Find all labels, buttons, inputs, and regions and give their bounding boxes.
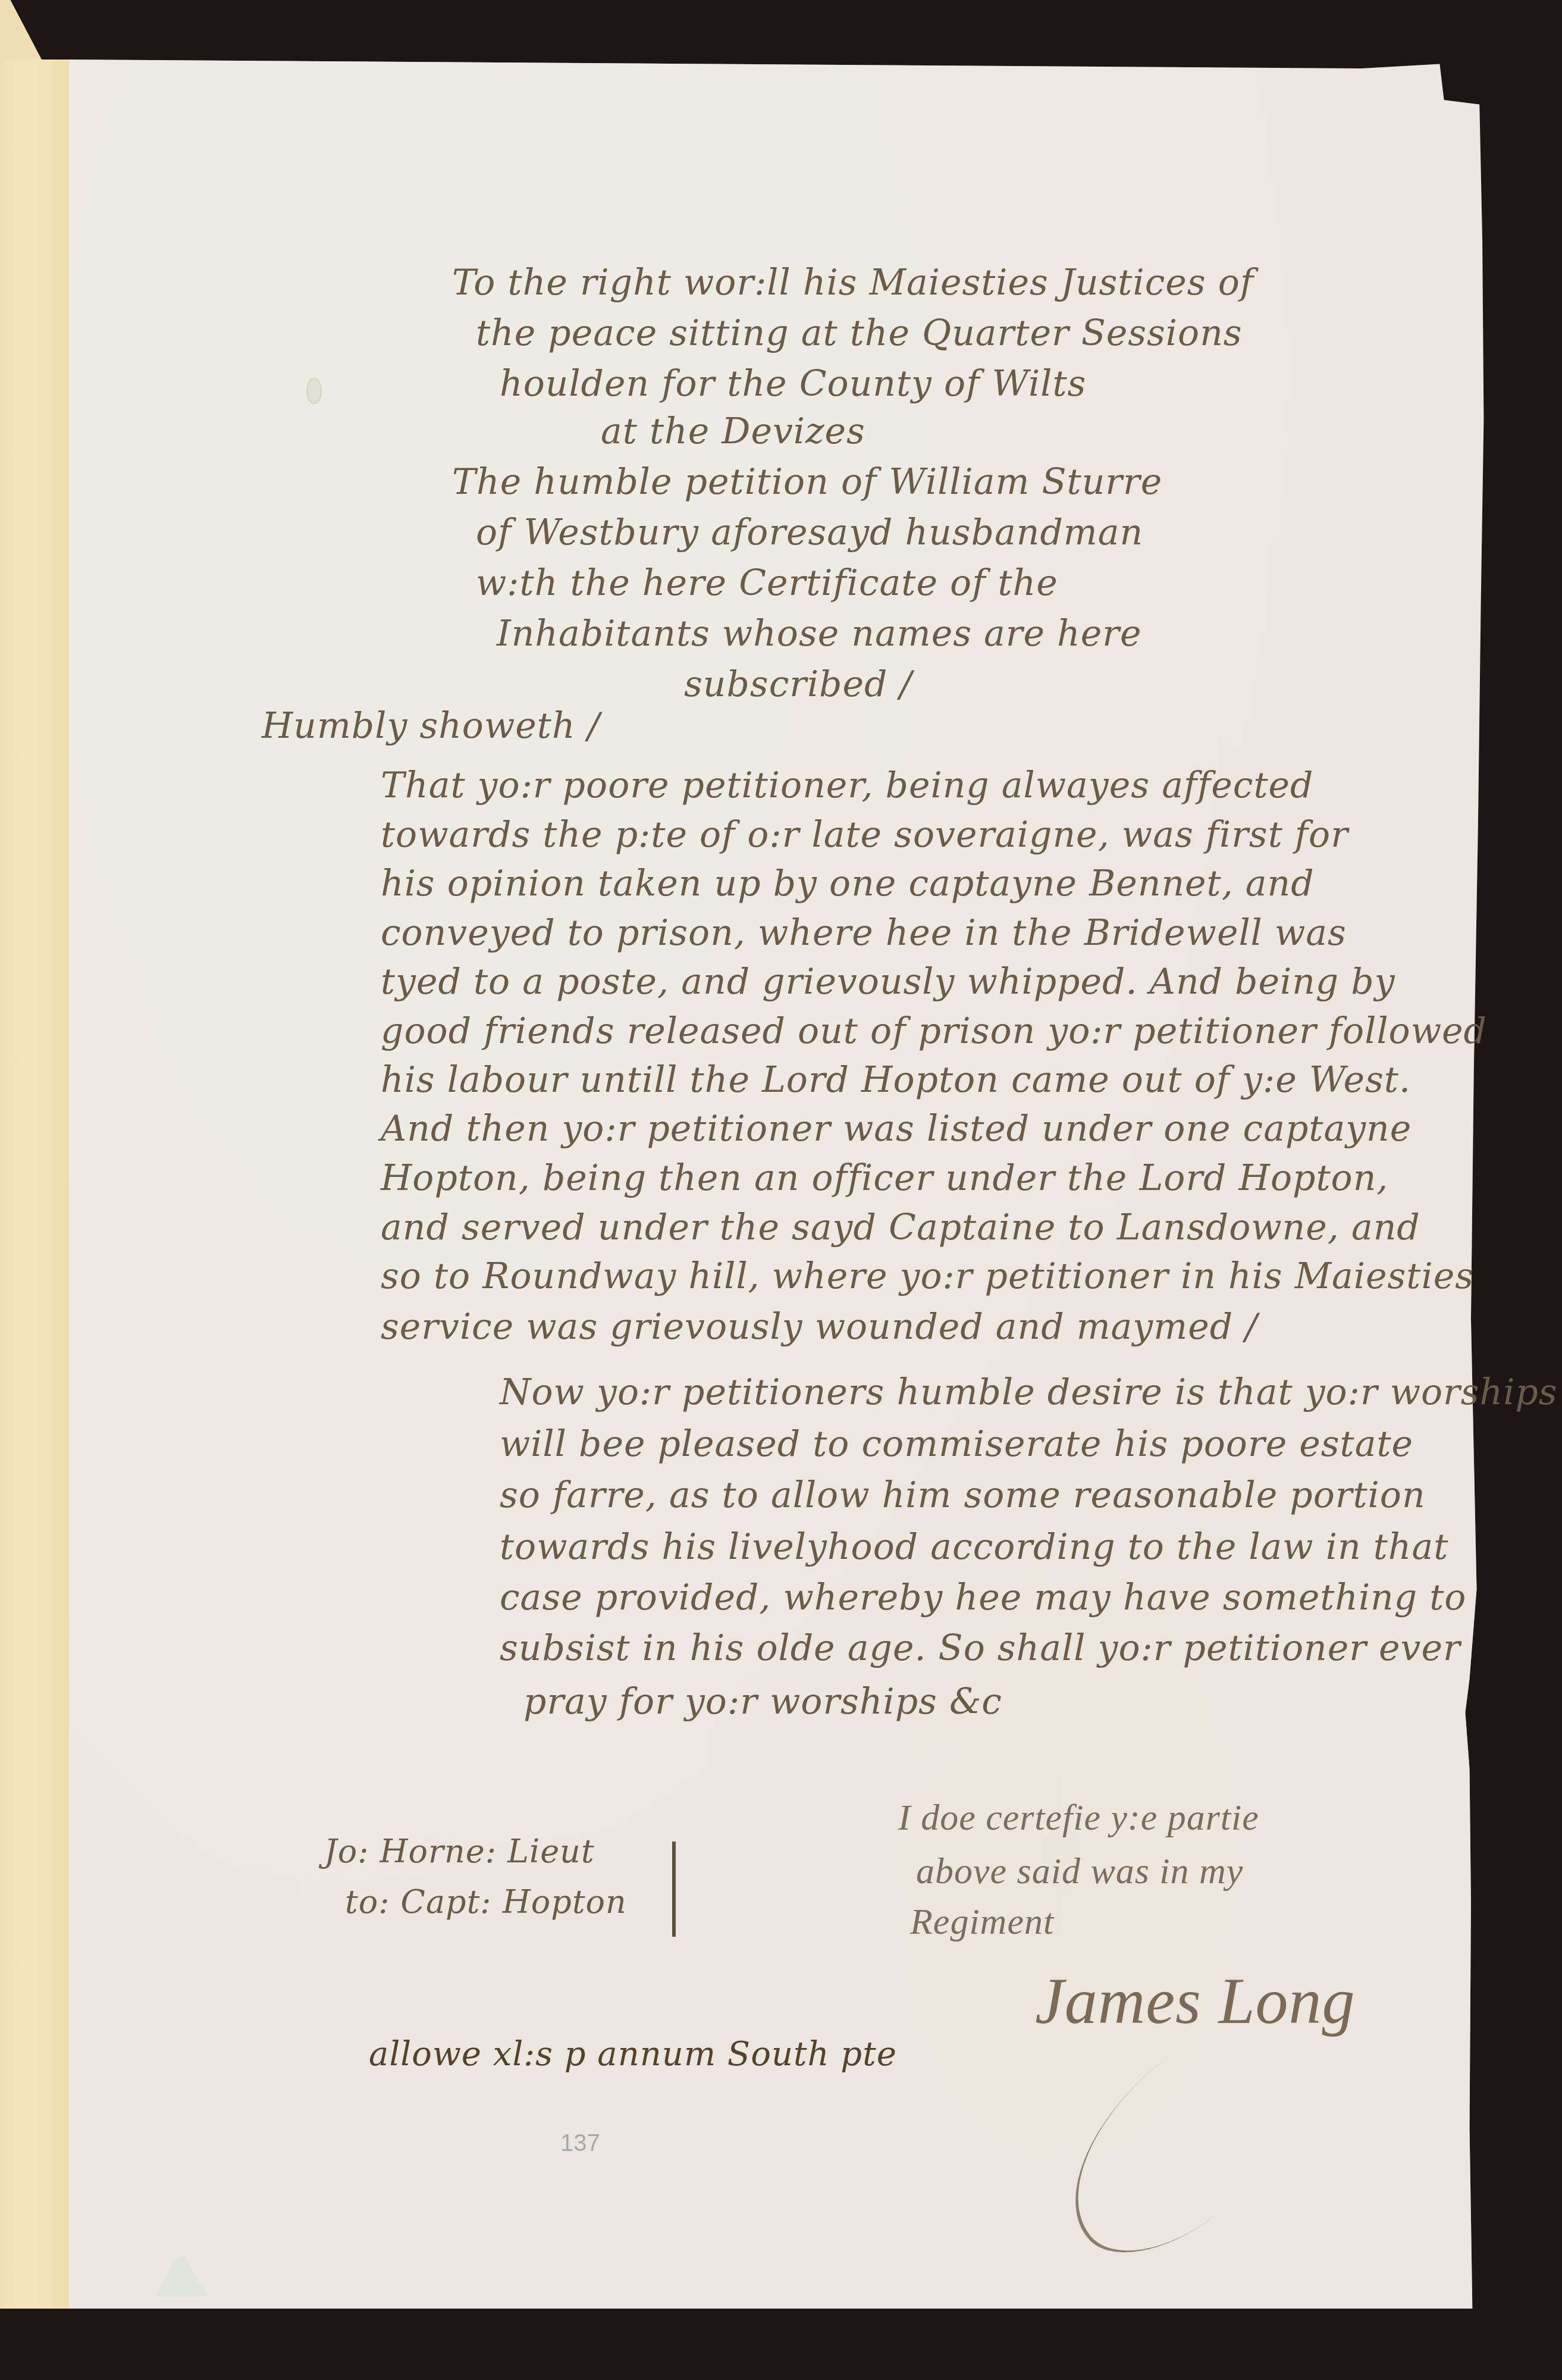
certificate-line: Regiment [910, 1901, 1054, 1943]
prayer-line: Now yo:r petitioners humble desire is th… [500, 1371, 1558, 1413]
witness-line: to: Capt: Hopton [345, 1883, 627, 1921]
body-line: his opinion taken up by one captayne Ben… [381, 863, 1315, 904]
body-line: And then yo:r petitioner was listed unde… [381, 1108, 1412, 1150]
body-line: conveyed to prison, where hee in the Bri… [381, 912, 1347, 954]
prayer-line: will bee pleased to commiserate his poor… [500, 1423, 1413, 1465]
body-line: service was grievously wounded and mayme… [381, 1306, 1257, 1348]
body-line: so to Roundway hill, where yo:r petition… [381, 1255, 1474, 1297]
archival-backing-strip [0, 59, 70, 2309]
witness-bracket [667, 1842, 676, 1937]
petitioner-line: Inhabitants whose names are here [497, 613, 1141, 654]
body-line: towards the p:te of o:r late soveraigne,… [381, 814, 1348, 856]
pin-hole [306, 378, 322, 404]
body-line: good friends released out of prison yo:r… [381, 1010, 1487, 1052]
petitioner-line: w:th the here Certificate of the [476, 562, 1058, 604]
prayer-line: so farre, as to allow him some reasonabl… [500, 1474, 1426, 1516]
salutation: Humbly showeth / [262, 705, 600, 747]
witness-line: Jo: Horne: Lieut [324, 1833, 595, 1870]
address-line: at the Devizes [601, 411, 865, 452]
folio-number: 137 [560, 2130, 600, 2157]
address-line: To the right wor:ll his Maiesties Justic… [452, 262, 1254, 303]
signature: James Long [1035, 1963, 1356, 2039]
endorsement: allowe xl:s p annum South pte [369, 2035, 897, 2074]
prayer-line: pray for yo:r worships &c [523, 1681, 1002, 1723]
body-line: and served under the sayd Captaine to La… [381, 1207, 1420, 1248]
body-line: tyed to a poste, and grievously whipped.… [381, 961, 1395, 1003]
petitioner-line: The humble petition of William Sturre [452, 461, 1162, 503]
body-line: That yo:r poore petitioner, being alwaye… [381, 765, 1313, 806]
body-line: Hopton, being then an officer under the … [381, 1157, 1388, 1199]
prayer-line: case provided, whereby hee may have some… [500, 1577, 1466, 1618]
certificate-line: above said was in my [916, 1850, 1243, 1893]
address-line: the peace sitting at the Quarter Session… [476, 312, 1243, 354]
prayer-line: towards his livelyhood according to the … [500, 1526, 1448, 1568]
petitioner-line: of Westbury aforesayd husbandman [476, 512, 1143, 553]
certificate-line: I doe certefie y:e partie [898, 1797, 1259, 1839]
prayer-line: subsist in his olde age. So shall yo:r p… [500, 1627, 1461, 1669]
body-line: his labour untill the Lord Hopton came o… [381, 1059, 1411, 1101]
petitioner-line: subscribed / [684, 663, 912, 705]
mount-corner [0, 0, 42, 59]
address-line: houlden for the County of Wilts [500, 363, 1086, 405]
